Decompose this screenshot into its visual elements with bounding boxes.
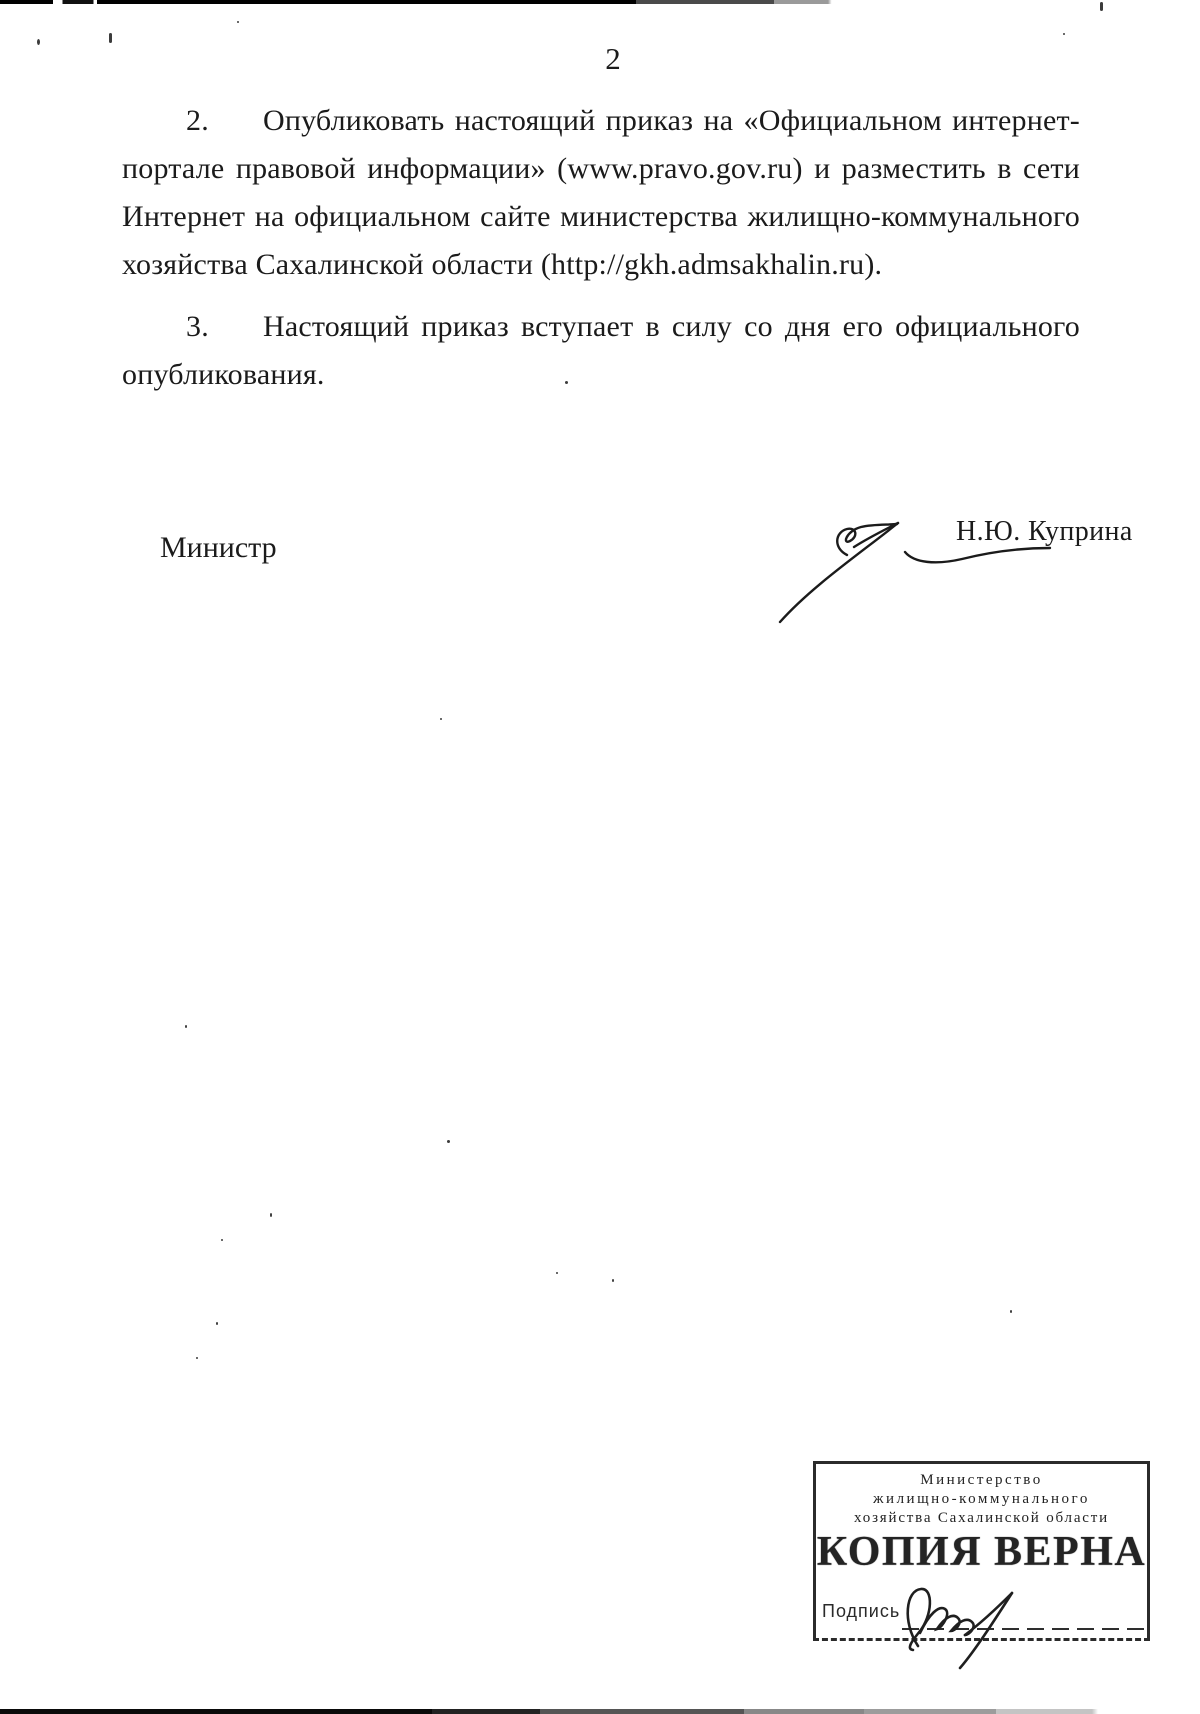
stamp-signature [880,1572,1050,1677]
scan-speck [556,1272,558,1274]
scan-speck [612,1279,614,1282]
scan-speck [37,39,40,45]
scan-speck [221,1239,223,1241]
paragraph-3-number: 3. [122,303,263,351]
scan-speck [447,1140,450,1143]
scan-speck [270,1213,272,1217]
minister-title: Министр [160,531,277,565]
minister-signature [740,470,1080,640]
paragraph-2-line-1: 2.Опубликовать настоящий приказ на «Офиц… [122,97,1080,145]
stamp-org-line-2: жилищно-коммунального [816,1490,1147,1508]
paragraph-2-line-2: портале правовой информации» (www.pravo.… [122,145,1080,193]
scan-artifact-bottom-bar [0,1709,1200,1714]
scan-artifact-top-bar [0,0,1200,4]
stamp-org-line-1: Министерство [816,1471,1147,1489]
paragraph-2-line-3: Интернет на официальном сайте министерст… [122,193,1080,241]
scan-speck [185,1025,187,1028]
paragraph-2-number: 2. [122,97,263,145]
paragraph-2-line-4: хозяйства Сахалинской области (http://gk… [122,241,1080,289]
page-number: 2 [605,42,621,76]
paragraph-3-line-1: 3.Настоящий приказ вступает в силу со дн… [122,303,1080,351]
scan-speck [1010,1310,1012,1313]
scan-speck [196,1357,198,1359]
paragraph-3-line-2: опубликования. [122,351,1080,399]
scan-speck [440,718,442,720]
stamp-copy-text: КОПИЯ ВЕРНА [816,1528,1147,1576]
scanned-document-page: 2 2.Опубликовать настоящий приказ на «Оф… [0,0,1200,1714]
order-body-text: 2.Опубликовать настоящий приказ на «Офиц… [122,97,1080,399]
scan-speck [1063,33,1065,35]
scan-speck [216,1322,218,1325]
paragraph-3-line-1-text: Настоящий приказ вступает в силу со дня … [263,310,1080,343]
scan-speck [109,33,112,43]
stamp-org-line-3: хозяйства Сахалинской области [816,1509,1147,1527]
scan-speck [1100,2,1103,11]
scan-speck [565,381,568,384]
paragraph-2-line-1-text: Опубликовать настоящий приказ на «Официа… [263,104,1080,137]
scan-speck [237,21,239,23]
